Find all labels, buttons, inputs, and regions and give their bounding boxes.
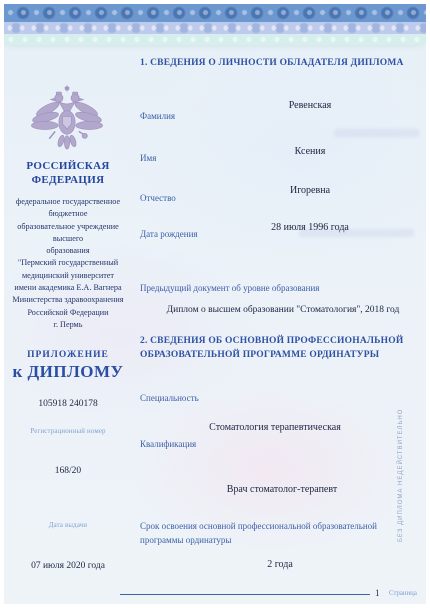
guilloche-band-cyan [4,34,426,45]
registration-number-label: Регистрационный номер [4,428,132,435]
field-label-surname: Фамилия [140,110,175,124]
footer-rule [120,594,370,595]
series-number: 105918 240178 [4,399,132,409]
page-number: 1 [375,588,380,598]
issue-date-label: Дата выдачи [4,522,132,529]
field-value-patronymic: Игоревна [230,185,390,196]
field-value-firstname: Ксения [230,146,390,157]
field-value-surname: Ревенская [230,100,390,111]
field-label-previous-document: Предыдущий документ об уровне образовани… [140,282,425,296]
field-label-qualification: Квалификация [140,438,196,452]
field-label-firstname: Имя [140,152,156,166]
supplement-title-line1: ПРИЛОЖЕНИЕ [4,350,132,360]
side-validity-text: БЕЗ ДИПЛОМА НЕДЕЙСТВИТЕЛЬНО [398,370,412,580]
field-label-birthdate: Дата рождения [140,228,198,242]
field-value-qualification: Врач стоматолог-терапевт [150,484,414,495]
section2-title: 2. СВЕДЕНИЯ ОБ ОСНОВНОЙ ПРОФЕССИОНАЛЬНОЙ… [140,335,412,363]
registration-number: 168/20 [4,466,132,476]
guilloche-band-light [4,22,426,34]
diploma-supplement-page: РОССИЙСКАЯ ФЕДЕРАЦИЯ федеральное государ… [0,0,430,608]
guilloche-band-dark [4,4,426,22]
field-label-program-duration: Срок освоения основной профессиональной … [140,520,425,547]
issue-date: 07 июля 2020 года [4,561,132,571]
ghost-text-artifact [334,129,419,137]
section1-title: 1. СВЕДЕНИЯ О ЛИЧНОСТИ ОБЛАДАТЕЛЯ ДИПЛОМ… [140,57,412,71]
field-value-birthdate: 28 июля 1996 года [230,222,390,233]
field-value-previous-document: Диплом о высшем образовании "Стоматологи… [150,305,416,315]
field-value-program-duration: 2 года [150,559,410,570]
russian-coat-of-arms-icon [30,84,104,158]
country-name: РОССИЙСКАЯ ФЕДЕРАЦИЯ [4,160,132,188]
page-label: Страница [389,590,417,597]
supplement-title-line2: к ДИПЛОМУ [4,362,132,382]
institution-name: федеральное государственное бюджетное об… [4,196,132,331]
field-label-specialty: Специальность [140,392,199,406]
field-value-specialty: Стоматология терапевтическая [150,422,400,433]
field-label-patronymic: Отчество [140,192,176,206]
